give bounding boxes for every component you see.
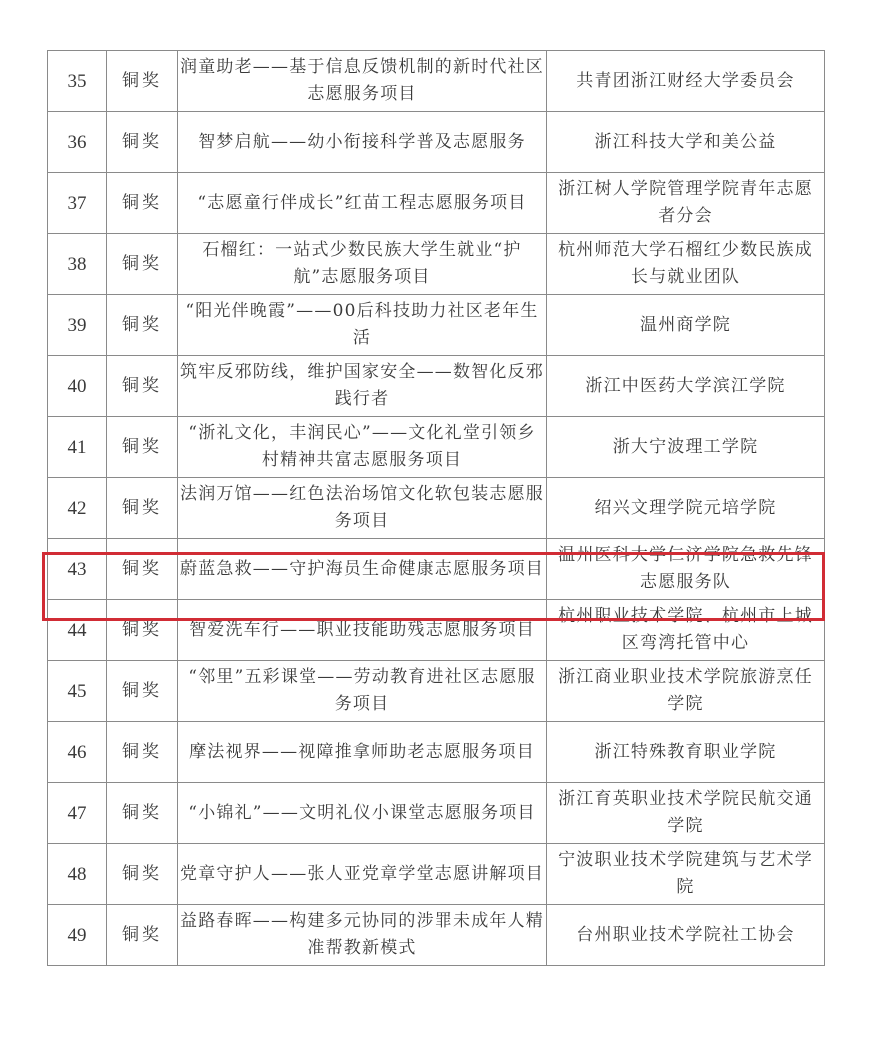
project-name: 智爱洗车行——职业技能助残志愿服务项目 bbox=[178, 600, 547, 661]
award-level: 铜奖 bbox=[107, 173, 178, 234]
table-row-highlighted: 43 铜奖 蔚蓝急救——守护海员生命健康志愿服务项目 温州医科大学仁济学院急救先… bbox=[48, 539, 825, 600]
table-row: 48 铜奖 党章守护人——张人亚党章学堂志愿讲解项目 宁波职业技术学院建筑与艺术… bbox=[48, 844, 825, 905]
award-level: 铜奖 bbox=[107, 600, 178, 661]
table-row: 49 铜奖 益路春晖——构建多元协同的涉罪未成年人精准帮教新模式 台州职业技术学… bbox=[48, 905, 825, 966]
row-number: 37 bbox=[48, 173, 107, 234]
row-number: 41 bbox=[48, 417, 107, 478]
table-row: 37 铜奖 “志愿童行伴成长”红苗工程志愿服务项目 浙江树人学院管理学院青年志愿… bbox=[48, 173, 825, 234]
project-name: 法润万馆——红色法治场馆文化软包装志愿服务项目 bbox=[178, 478, 547, 539]
award-level: 铜奖 bbox=[107, 417, 178, 478]
row-number: 40 bbox=[48, 356, 107, 417]
organization: 浙大宁波理工学院 bbox=[547, 417, 825, 478]
organization: 浙江育英职业技术学院民航交通学院 bbox=[547, 783, 825, 844]
table-row: 35 铜奖 润童助老——基于信息反馈机制的新时代社区志愿服务项目 共青团浙江财经… bbox=[48, 51, 825, 112]
row-number: 48 bbox=[48, 844, 107, 905]
award-level: 铜奖 bbox=[107, 844, 178, 905]
table-row: 47 铜奖 “小锦礼”——文明礼仪小课堂志愿服务项目 浙江育英职业技术学院民航交… bbox=[48, 783, 825, 844]
table-row: 44 铜奖 智爱洗车行——职业技能助残志愿服务项目 杭州职业技术学院、杭州市上城… bbox=[48, 600, 825, 661]
organization: 浙江树人学院管理学院青年志愿者分会 bbox=[547, 173, 825, 234]
organization: 台州职业技术学院社工协会 bbox=[547, 905, 825, 966]
organization: 浙江特殊教育职业学院 bbox=[547, 722, 825, 783]
award-table: 35 铜奖 润童助老——基于信息反馈机制的新时代社区志愿服务项目 共青团浙江财经… bbox=[47, 50, 825, 966]
table-row: 39 铜奖 “阳光伴晚霞”——00后科技助力社区老年生活 温州商学院 bbox=[48, 295, 825, 356]
project-name: 益路春晖——构建多元协同的涉罪未成年人精准帮教新模式 bbox=[178, 905, 547, 966]
table-row: 36 铜奖 智梦启航——幼小衔接科学普及志愿服务 浙江科技大学和美公益 bbox=[48, 112, 825, 173]
award-level: 铜奖 bbox=[107, 356, 178, 417]
organization: 杭州师范大学石榴红少数民族成长与就业团队 bbox=[547, 234, 825, 295]
project-name: 智梦启航——幼小衔接科学普及志愿服务 bbox=[178, 112, 547, 173]
organization: 浙江商业职业技术学院旅游烹任学院 bbox=[547, 661, 825, 722]
award-level: 铜奖 bbox=[107, 722, 178, 783]
row-number: 46 bbox=[48, 722, 107, 783]
organization: 温州商学院 bbox=[547, 295, 825, 356]
project-name: “浙礼文化，丰润民心”——文化礼堂引领乡村精神共富志愿服务项目 bbox=[178, 417, 547, 478]
row-number: 42 bbox=[48, 478, 107, 539]
row-number: 45 bbox=[48, 661, 107, 722]
organization: 共青团浙江财经大学委员会 bbox=[547, 51, 825, 112]
row-number: 35 bbox=[48, 51, 107, 112]
organization: 绍兴文理学院元培学院 bbox=[547, 478, 825, 539]
row-number: 49 bbox=[48, 905, 107, 966]
row-number: 36 bbox=[48, 112, 107, 173]
row-number: 44 bbox=[48, 600, 107, 661]
project-name: “邻里”五彩课堂——劳动教育进社区志愿服务项目 bbox=[178, 661, 547, 722]
award-level: 铜奖 bbox=[107, 905, 178, 966]
project-name: “小锦礼”——文明礼仪小课堂志愿服务项目 bbox=[178, 783, 547, 844]
organization: 温州医科大学仁济学院急救先锋志愿服务队 bbox=[547, 539, 825, 600]
project-name: 石榴红：一站式少数民族大学生就业“护航”志愿服务项目 bbox=[178, 234, 547, 295]
project-name: “阳光伴晚霞”——00后科技助力社区老年生活 bbox=[178, 295, 547, 356]
award-level: 铜奖 bbox=[107, 539, 178, 600]
project-name: 党章守护人——张人亚党章学堂志愿讲解项目 bbox=[178, 844, 547, 905]
row-number: 38 bbox=[48, 234, 107, 295]
row-number: 43 bbox=[48, 539, 107, 600]
table-row: 40 铜奖 筑牢反邪防线，维护国家安全——数智化反邪践行者 浙江中医药大学滨江学… bbox=[48, 356, 825, 417]
organization: 宁波职业技术学院建筑与艺术学院 bbox=[547, 844, 825, 905]
award-level: 铜奖 bbox=[107, 112, 178, 173]
project-name: 润童助老——基于信息反馈机制的新时代社区志愿服务项目 bbox=[178, 51, 547, 112]
row-number: 39 bbox=[48, 295, 107, 356]
organization: 杭州职业技术学院、杭州市上城区弯湾托管中心 bbox=[547, 600, 825, 661]
award-level: 铜奖 bbox=[107, 295, 178, 356]
project-name: 筑牢反邪防线，维护国家安全——数智化反邪践行者 bbox=[178, 356, 547, 417]
project-name: “志愿童行伴成长”红苗工程志愿服务项目 bbox=[178, 173, 547, 234]
table-row: 38 铜奖 石榴红：一站式少数民族大学生就业“护航”志愿服务项目 杭州师范大学石… bbox=[48, 234, 825, 295]
award-level: 铜奖 bbox=[107, 51, 178, 112]
award-level: 铜奖 bbox=[107, 783, 178, 844]
award-level: 铜奖 bbox=[107, 661, 178, 722]
organization: 浙江科技大学和美公益 bbox=[547, 112, 825, 173]
award-level: 铜奖 bbox=[107, 478, 178, 539]
project-name: 蔚蓝急救——守护海员生命健康志愿服务项目 bbox=[178, 539, 547, 600]
table-row: 46 铜奖 摩法视界——视障推拿师助老志愿服务项目 浙江特殊教育职业学院 bbox=[48, 722, 825, 783]
award-level: 铜奖 bbox=[107, 234, 178, 295]
row-number: 47 bbox=[48, 783, 107, 844]
table-row: 41 铜奖 “浙礼文化，丰润民心”——文化礼堂引领乡村精神共富志愿服务项目 浙大… bbox=[48, 417, 825, 478]
table-row: 45 铜奖 “邻里”五彩课堂——劳动教育进社区志愿服务项目 浙江商业职业技术学院… bbox=[48, 661, 825, 722]
award-table-container: 35 铜奖 润童助老——基于信息反馈机制的新时代社区志愿服务项目 共青团浙江财经… bbox=[47, 50, 824, 966]
project-name: 摩法视界——视障推拿师助老志愿服务项目 bbox=[178, 722, 547, 783]
organization: 浙江中医药大学滨江学院 bbox=[547, 356, 825, 417]
table-row: 42 铜奖 法润万馆——红色法治场馆文化软包装志愿服务项目 绍兴文理学院元培学院 bbox=[48, 478, 825, 539]
